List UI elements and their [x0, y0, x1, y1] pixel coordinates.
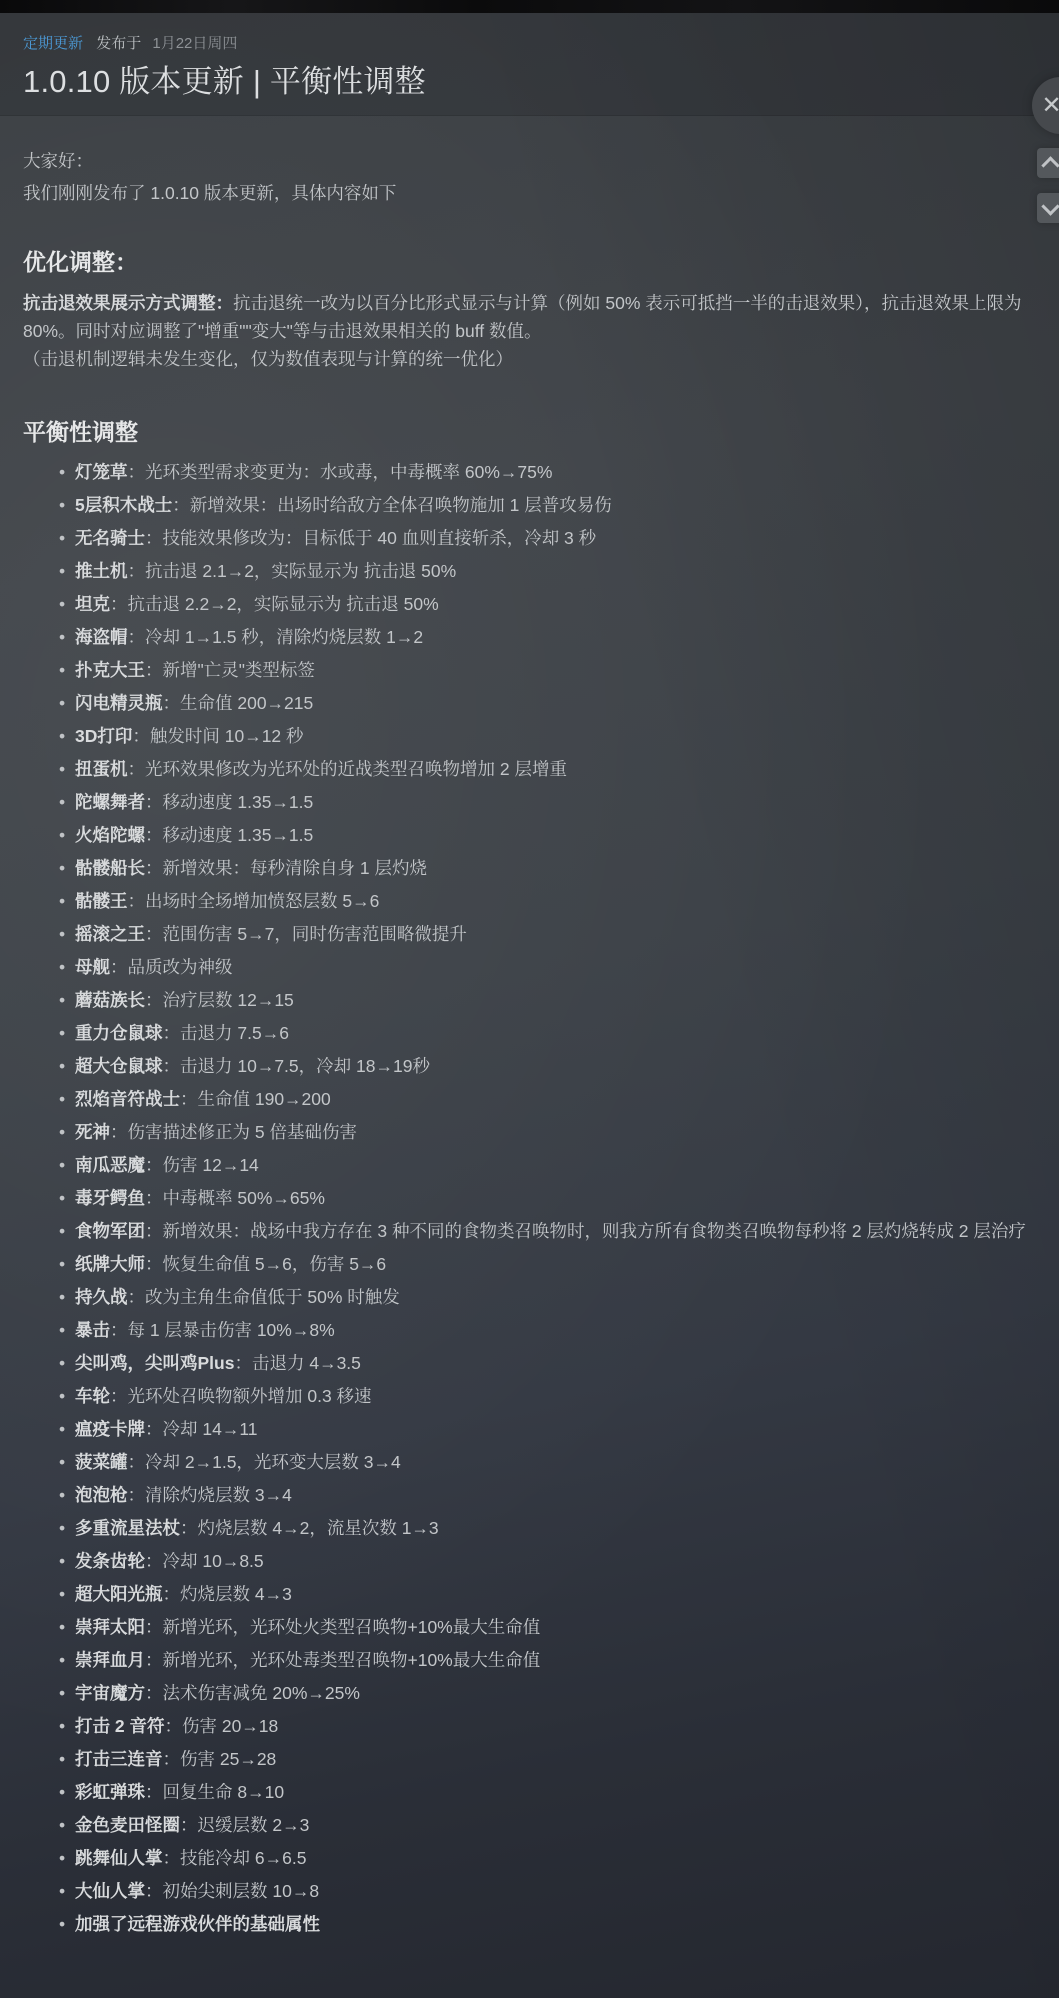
balance-item: 发条齿轮：冷却 10→8.5 — [59, 1548, 1035, 1574]
balance-item-name: 超大仓鼠球 — [75, 1056, 163, 1076]
balance-item: 食物军团：新增效果：战场中我方存在 3 种不同的食物类召唤物时，则我方所有食物类… — [59, 1218, 1035, 1244]
balance-item: 超大仓鼠球：击退力 10→7.5，冷却 18→19秒 — [59, 1053, 1035, 1079]
balance-item-name: 扑克大王 — [75, 660, 145, 680]
balance-item: 超大阳光瓶：灼烧层数 4→3 — [59, 1581, 1035, 1607]
balance-item: 毒牙鳄鱼：中毒概率 50%→65% — [59, 1185, 1035, 1211]
balance-item: 南瓜恶魔：伤害 12→14 — [59, 1152, 1035, 1178]
balance-item-name: 推土机 — [75, 561, 128, 581]
balance-item: 宇宙魔方：法术伤害减免 20%→25% — [59, 1680, 1035, 1706]
balance-item-name: 南瓜恶魔 — [75, 1155, 145, 1175]
balance-item: 尖叫鸡，尖叫鸡Plus：击退力 4→3.5 — [59, 1350, 1035, 1376]
balance-item: 火焰陀螺：移动速度 1.35→1.5 — [59, 822, 1035, 848]
balance-item-name: 骷髅王 — [75, 891, 128, 911]
balance-item-name: 打击三连音 — [75, 1749, 163, 1769]
close-icon: ✕ — [1041, 94, 1059, 118]
greeting-text: 大家好： — [23, 147, 1035, 175]
balance-item: 无名骑士：技能效果修改为：目标低于 40 血则直接斩杀，冷却 3 秒 — [59, 525, 1035, 551]
balance-item: 彩虹弹珠：回复生命 8→10 — [59, 1779, 1035, 1805]
published-date: 1月22日周四 — [152, 35, 237, 52]
balance-item-name: 崇拜血月 — [75, 1650, 145, 1670]
balance-item-name: 跳舞仙人掌 — [75, 1848, 163, 1868]
balance-item-name: 海盗帽 — [75, 627, 128, 647]
balance-item-name: 毒牙鳄鱼 — [75, 1188, 145, 1208]
balance-item-name: 菠菜罐 — [75, 1452, 128, 1472]
balance-item-name: 纸牌大师 — [75, 1254, 145, 1274]
balance-item: 5层积木战士：新增效果：出场时给敌方全体召唤物施加 1 层普攻易伤 — [59, 492, 1035, 518]
balance-item: 海盗帽：冷却 1→1.5 秒，清除灼烧层数 1→2 — [59, 624, 1035, 650]
balance-item-name: 3D打印 — [75, 726, 132, 746]
balance-item-name: 打击 2 音符 — [75, 1716, 164, 1736]
balance-item-name: 崇拜太阳 — [75, 1617, 145, 1637]
balance-item: 金色麦田怪圈：迟缓层数 2→3 — [59, 1812, 1035, 1838]
announcement-panel: 定期更新 发布于 1月22日周四 1.0.10 版本更新 | 平衡性调整 大家好… — [0, 13, 1059, 1998]
balance-item: 跳舞仙人掌：技能冷却 6→6.5 — [59, 1845, 1035, 1871]
balance-item-name: 大仙人掌 — [75, 1881, 145, 1901]
balance-item-name: 母舰 — [75, 957, 110, 977]
balance-item: 骷髅船长：新增效果：每秒清除自身 1 层灼烧 — [59, 855, 1035, 881]
balance-item: 加强了远程游戏伙伴的基础属性 — [59, 1911, 1035, 1937]
balance-item: 陀螺舞者：移动速度 1.35→1.5 — [59, 789, 1035, 815]
balance-item: 多重流星法杖：灼烧层数 4→2，流星次数 1→3 — [59, 1515, 1035, 1541]
balance-item-name: 暴击 — [75, 1320, 110, 1340]
balance-item-name: 骷髅船长 — [75, 858, 145, 878]
balance-item: 蘑菇族长：治疗层数 12→15 — [59, 987, 1035, 1013]
balance-item-name: 宇宙魔方 — [75, 1683, 145, 1703]
optimization-paragraph-lead: 抗击退效果展示方式调整： — [23, 293, 233, 313]
chevron-down-icon — [1041, 197, 1059, 215]
balance-item-name: 加强了远程游戏伙伴的基础属性 — [75, 1914, 320, 1934]
update-category-link[interactable]: 定期更新 — [23, 35, 83, 52]
balance-item-name: 无名骑士 — [75, 528, 145, 548]
balance-item: 崇拜血月：新增光环，光环处毒类型召唤物+10%最大生命值 — [59, 1647, 1035, 1673]
balance-item: 闪电精灵瓶：生命值 200→215 — [59, 690, 1035, 716]
announcement-meta: 定期更新 发布于 1月22日周四 — [23, 34, 1035, 54]
balance-item: 坦克：抗击退 2.2→2，实际显示为 抗击退 50% — [59, 591, 1035, 617]
balance-item: 灯笼草：光环类型需求变更为：水或毒，中毒概率 60%→75% — [59, 459, 1035, 485]
balance-item-name: 闪电精灵瓶 — [75, 693, 163, 713]
balance-item: 瘟疫卡牌：冷却 14→11 — [59, 1416, 1035, 1442]
published-label: 发布于 — [96, 35, 141, 52]
balance-item: 骷髅王：出场时全场增加愤怒层数 5→6 — [59, 888, 1035, 914]
page-background-strip — [0, 0, 1059, 13]
balance-item-name: 尖叫鸡，尖叫鸡Plus — [75, 1353, 234, 1373]
balance-item: 扭蛋机：光环效果修改为光环处的近战类型召唤物增加 2 层增重 — [59, 756, 1035, 782]
balance-item-name: 车轮 — [75, 1386, 110, 1406]
balance-item-name: 持久战 — [75, 1287, 128, 1307]
optimization-paragraph: 抗击退效果展示方式调整：抗击退统一改为以百分比形式显示与计算（例如 50% 表示… — [23, 289, 1035, 345]
scroll-up-button[interactable] — [1037, 148, 1059, 178]
optimization-heading: 优化调整： — [23, 247, 1035, 277]
chevron-up-icon — [1041, 156, 1059, 174]
balance-item: 死神：伤害描述修正为 5 倍基础伤害 — [59, 1119, 1035, 1145]
balance-item-name: 坦克 — [75, 594, 110, 614]
announcement-header: 定期更新 发布于 1月22日周四 1.0.10 版本更新 | 平衡性调整 — [0, 13, 1059, 116]
balance-item: 3D打印：触发时间 10→12 秒 — [59, 723, 1035, 749]
balance-item-name: 蘑菇族长 — [75, 990, 145, 1010]
announcement-body: 大家好： 我们刚刚发布了 1.0.10 版本更新，具体内容如下 优化调整： 抗击… — [0, 116, 1059, 1937]
balance-item: 推土机：抗击退 2.1→2，实际显示为 抗击退 50% — [59, 558, 1035, 584]
balance-item-name: 重力仓鼠球 — [75, 1023, 163, 1043]
balance-item: 摇滚之王：范围伤害 5→7，同时伤害范围略微提升 — [59, 921, 1035, 947]
balance-item: 车轮：光环处召唤物额外增加 0.3 移速 — [59, 1383, 1035, 1409]
balance-item: 泡泡枪：清除灼烧层数 3→4 — [59, 1482, 1035, 1508]
balance-item-name: 摇滚之王 — [75, 924, 145, 944]
balance-item-name: 烈焰音符战士 — [75, 1089, 180, 1109]
scroll-down-button[interactable] — [1037, 193, 1059, 223]
optimization-note: （击退机制逻辑未发生变化，仅为数值表现与计算的统一优化） — [23, 345, 1035, 373]
balance-item-name: 金色麦田怪圈 — [75, 1815, 180, 1835]
balance-item: 打击三连音：伤害 25→28 — [59, 1746, 1035, 1772]
balance-item: 崇拜太阳：新增光环，光环处火类型召唤物+10%最大生命值 — [59, 1614, 1035, 1640]
balance-item: 持久战：改为主角生命值低于 50% 时触发 — [59, 1284, 1035, 1310]
balance-item-name: 超大阳光瓶 — [75, 1584, 163, 1604]
balance-item-name: 火焰陀螺 — [75, 825, 145, 845]
balance-item-name: 死神 — [75, 1122, 110, 1142]
balance-item-name: 食物军团 — [75, 1221, 145, 1241]
intro-text: 我们刚刚发布了 1.0.10 版本更新，具体内容如下 — [23, 179, 1035, 207]
balance-item: 烈焰音符战士：生命值 190→200 — [59, 1086, 1035, 1112]
balance-list: 灯笼草：光环类型需求变更为：水或毒，中毒概率 60%→75%5层积木战士：新增效… — [23, 459, 1035, 1937]
balance-item: 大仙人掌：初始尖刺层数 10→8 — [59, 1878, 1035, 1904]
balance-item: 母舰：品质改为神级 — [59, 954, 1035, 980]
balance-item: 暴击：每 1 层暴击伤害 10%→8% — [59, 1317, 1035, 1343]
balance-heading: 平衡性调整 — [23, 417, 1035, 447]
balance-item: 打击 2 音符：伤害 20→18 — [59, 1713, 1035, 1739]
balance-item-name: 5层积木战士 — [75, 495, 172, 515]
balance-item: 重力仓鼠球：击退力 7.5→6 — [59, 1020, 1035, 1046]
balance-item-name: 灯笼草 — [75, 462, 128, 482]
balance-item-name: 泡泡枪 — [75, 1485, 128, 1505]
balance-item-name: 陀螺舞者 — [75, 792, 145, 812]
balance-item: 菠菜罐：冷却 2→1.5，光环变大层数 3→4 — [59, 1449, 1035, 1475]
announcement-title: 1.0.10 版本更新 | 平衡性调整 — [23, 62, 1035, 102]
balance-item-name: 发条齿轮 — [75, 1551, 145, 1571]
balance-item: 纸牌大师：恢复生命值 5→6，伤害 5→6 — [59, 1251, 1035, 1277]
balance-item-name: 瘟疫卡牌 — [75, 1419, 145, 1439]
balance-item-name: 扭蛋机 — [75, 759, 128, 779]
balance-item: 扑克大王：新增"亡灵"类型标签 — [59, 657, 1035, 683]
balance-item-name: 多重流星法杖 — [75, 1518, 180, 1538]
balance-item-name: 彩虹弹珠 — [75, 1782, 145, 1802]
